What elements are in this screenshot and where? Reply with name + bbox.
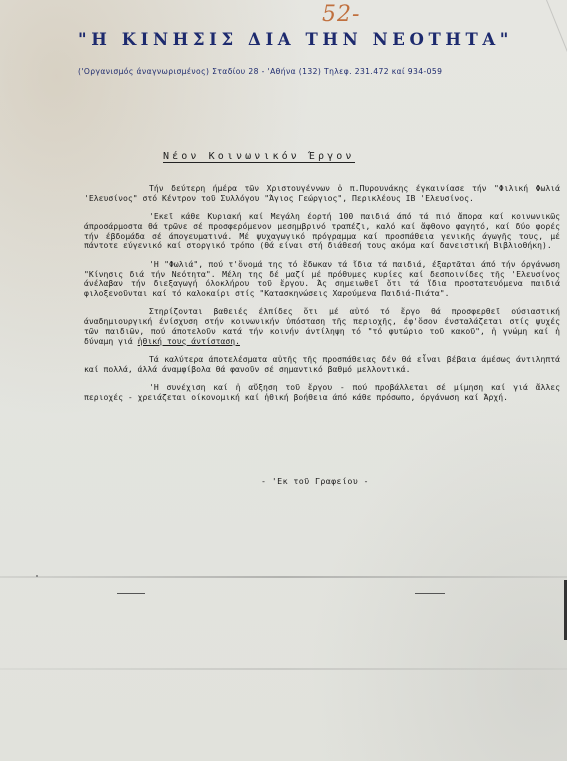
page-number-text: 52-	[322, 2, 360, 27]
document-title: Νέον Κοινωνικόν Έργον	[163, 151, 355, 163]
underlined-phrase: ἠθική τους άντίσταση.	[138, 336, 240, 346]
paragraph-5: Τά καλύτερα άποτελέσματα αὐτῆς τῆς προσπ…	[84, 355, 560, 375]
paragraph-1: Τήν δεύτερη ήμέρα τῶν Χριστουγέννων ὁ π.…	[84, 184, 560, 204]
fold-line	[0, 576, 567, 578]
signature-line: - 'Εκ τοῦ Γραφείου -	[261, 476, 369, 486]
handwritten-page-number: 52-	[322, 2, 360, 27]
paragraph-6: 'Η συνέχιση καί ἡ αὔξηση τοῦ ἔργου - πού…	[84, 383, 560, 403]
paragraph-4: Στηρίζονται βαθειές έλπίδες ὅτι μέ αὐτό …	[84, 307, 560, 346]
letterhead-address-line: ('Οργανισμός άναγνωρισμένος) Σταδίου 28 …	[78, 67, 442, 76]
document-body: Τήν δεύτερη ήμέρα τῶν Χριστουγέννων ὁ π.…	[84, 184, 560, 411]
fold-line-lower	[0, 668, 567, 670]
paper-speck	[36, 575, 38, 577]
paragraph-2: 'Εκεῖ κάθε Κυριακή καί Μεγάλη έορτή 100 …	[84, 212, 560, 251]
punch-mark-right	[415, 593, 445, 594]
letterhead-organization-name: "Η ΚΙΝΗΣΙΣ ΔΙΑ ΤΗΝ ΝΕΟΤΗΤΑ"	[78, 30, 478, 49]
punch-mark-left	[117, 593, 145, 594]
paragraph-3: 'Η "Φωλιά", πού τ'ὄνομά της τό ἔδωκαν τά…	[84, 260, 560, 299]
